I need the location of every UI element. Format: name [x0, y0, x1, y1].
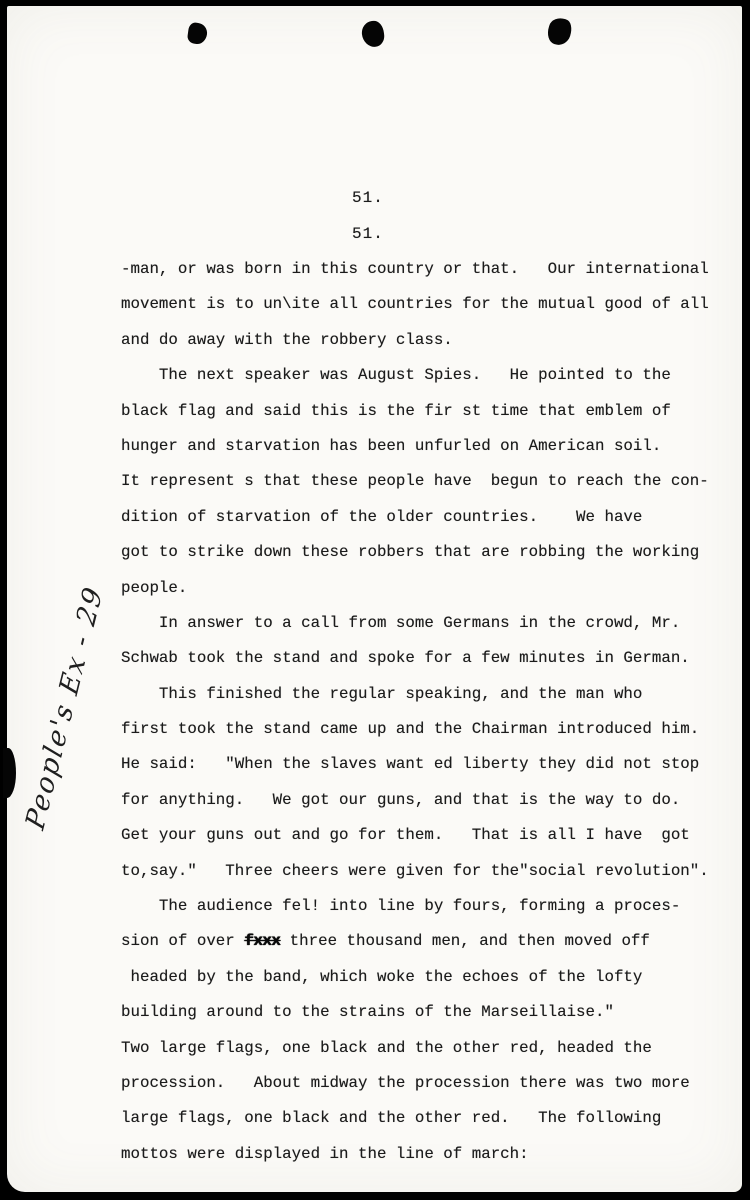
typed-line: movement is to un\ite all countries for … — [121, 287, 731, 322]
typed-line: large flags, one black and the other red… — [121, 1101, 731, 1136]
typed-line: It represent s that these people have be… — [121, 464, 731, 499]
page-number-retyped: 51. — [352, 225, 384, 243]
typed-line: headed by the band, which woke the echoe… — [121, 960, 731, 995]
typed-line: Two large flags, one black and the other… — [121, 1031, 731, 1066]
typed-line: people. — [121, 571, 731, 606]
typed-line: got to strike down these robbers that ar… — [121, 535, 731, 570]
typed-line: first took the stand came up and the Cha… — [121, 712, 731, 747]
typed-line: black flag and said this is the fir st t… — [121, 394, 731, 429]
typed-line: to,say." Three cheers were given for the… — [121, 854, 731, 889]
typed-line: mottos were displayed in the line of mar… — [121, 1137, 731, 1172]
scanned-document-page: 51. 51. People's Ex - 29 -man, or was bo… — [0, 0, 750, 1200]
typed-text: three thousand men, and then moved off — [280, 932, 650, 950]
typed-line: hunger and starvation has been unfurled … — [121, 429, 731, 464]
overstruck-word: fxxx — [244, 932, 280, 950]
typed-line: Get your guns out and go for them. That … — [121, 818, 731, 853]
typed-line: He said: "When the slaves want ed libert… — [121, 747, 731, 782]
typed-line: This finished the regular speaking, and … — [121, 677, 731, 712]
typed-line: procession. About midway the procession … — [121, 1066, 731, 1101]
typed-line: for anything. We got our guns, and that … — [121, 783, 731, 818]
typed-line: In answer to a call from some Germans in… — [121, 606, 731, 641]
typed-line: building around to the strains of the Ma… — [121, 995, 731, 1030]
typed-line: -man, or was born in this country or tha… — [121, 252, 731, 287]
typed-line: dition of starvation of the older countr… — [121, 500, 731, 535]
typed-text: sion of over — [121, 932, 244, 950]
typed-line-with-strikeout: sion of over fxxx three thousand men, an… — [121, 924, 731, 959]
typed-line: Schwab took the stand and spoke for a fe… — [121, 641, 731, 676]
typed-line: The audience fel! into line by fours, fo… — [121, 889, 731, 924]
typed-line: The next speaker was August Spies. He po… — [121, 358, 731, 393]
typed-line: and do away with the robbery class. — [121, 323, 731, 358]
page-number: 51. — [352, 189, 384, 207]
typed-text-block: -man, or was born in this country or tha… — [121, 252, 731, 1172]
